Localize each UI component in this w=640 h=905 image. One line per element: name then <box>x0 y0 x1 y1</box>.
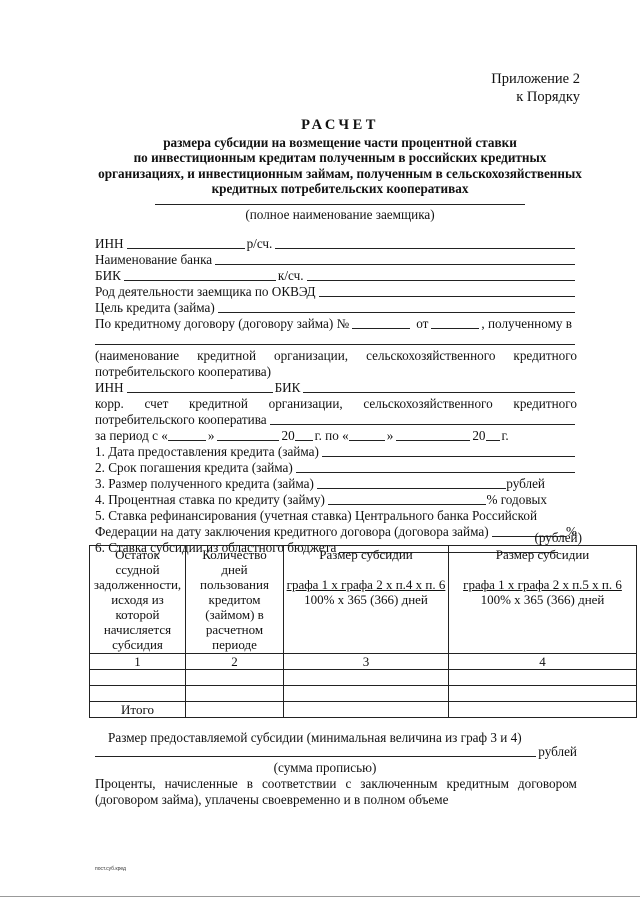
bik2-field[interactable] <box>303 391 575 393</box>
formula-denominator: 100% x 365 (366) дней <box>481 592 605 607</box>
item-3-label: 3. Размер полученного кредита (займа) <box>95 476 314 492</box>
item-2-label: 2. Срок погашения кредита (займа) <box>95 460 293 476</box>
contract-row: По кредитному договору (договору займа) … <box>95 316 577 332</box>
period-from-day[interactable] <box>168 439 206 441</box>
header-text: Остаток ссудной задолженности, исходя из… <box>94 547 181 652</box>
bank-name-row: Наименование банка <box>95 252 577 268</box>
title-line: организациях, и инвестиционным займам, п… <box>90 166 590 181</box>
purpose-field[interactable] <box>218 311 575 313</box>
item-5-label: 5. Ставка рефинансирования (учетная став… <box>95 508 537 524</box>
header-text: Размер субсидии <box>319 547 413 562</box>
period-row: за период с « » 20 г. по « » 20 г. <box>95 428 509 444</box>
header-col-4: Размер субсидии графа 1 x графа 2 x п.5 … <box>449 546 637 654</box>
header-text: Размер субсидии <box>496 547 590 562</box>
statement-word: соответствии <box>262 776 337 792</box>
bank-name-field[interactable] <box>215 263 575 265</box>
caption-word: (наименование <box>95 348 179 364</box>
formula-denominator: 100% x 365 (366) дней <box>304 592 428 607</box>
title-line: размера субсидии на возмещение части про… <box>90 135 590 150</box>
appendix-line-2: к Порядку <box>491 88 580 106</box>
item-4-label: 4. Процентная ставка по кредиту (займу) <box>95 492 325 508</box>
item-3-field[interactable] <box>317 487 506 489</box>
corr2-account-field[interactable] <box>270 423 575 425</box>
table-cell[interactable] <box>186 702 284 718</box>
header-col-3: Размер субсидии графа 1 x графа 2 x п.4 … <box>284 546 449 654</box>
scan-edge-line <box>0 896 640 897</box>
table-row <box>90 686 637 702</box>
table-cell[interactable] <box>284 686 449 702</box>
table-cell[interactable] <box>284 702 449 718</box>
bik-label: БИК <box>95 268 121 284</box>
statement-word: кредитным <box>446 776 508 792</box>
corr-row: потребительского кооператива <box>95 412 577 428</box>
statement-word: начисленные <box>165 776 238 792</box>
credit-org-caption-line2: потребительского кооператива) <box>95 364 271 380</box>
inn-field[interactable] <box>127 247 245 249</box>
item-2-field[interactable] <box>296 471 575 473</box>
period-to-day[interactable] <box>349 439 385 441</box>
quote-close: » <box>387 428 394 444</box>
total-label: Итого <box>90 702 186 718</box>
column-number: 2 <box>186 654 284 670</box>
table-header-row: Остаток ссудной задолженности, исходя из… <box>90 546 637 654</box>
contract-label: По кредитному договору (договору займа) … <box>95 316 349 332</box>
caption-word: сельскохозяйственного <box>366 348 495 364</box>
okved-field[interactable] <box>319 295 575 297</box>
inn2-label: ИНН <box>95 380 124 396</box>
inn-bik-row: ИНН БИК <box>95 380 577 396</box>
period-from-year[interactable] <box>295 439 313 441</box>
period-end-label: г. <box>502 428 509 444</box>
table-cell[interactable] <box>449 686 637 702</box>
caption-word: организации, <box>274 348 348 364</box>
statement-word: договором <box>518 776 577 792</box>
account-field[interactable] <box>275 247 575 249</box>
bik-field[interactable] <box>124 279 276 281</box>
purpose-row: Цель кредита (займа) <box>95 300 577 316</box>
header-col-1: Остаток ссудной задолженности, исходя из… <box>90 546 186 654</box>
caption-word: корр. <box>95 396 124 412</box>
statement-line-2: (договором займа), уплачены своевременно… <box>95 792 448 808</box>
statement-word: заключенным <box>360 776 437 792</box>
credit-org-field[interactable] <box>95 344 575 345</box>
formula-numerator: графа 1 x графа 2 x п.5 x п. 6 <box>451 577 634 592</box>
inn-label: ИНН <box>95 236 124 252</box>
title-line: по инвестиционным кредитам полученным в … <box>90 150 590 165</box>
document-title: РАСЧЕТ размера субсидии на возмещение ча… <box>90 118 590 196</box>
period-to-label: г. по « <box>315 428 349 444</box>
summary-caption: (сумма прописью) <box>95 760 555 776</box>
contract-date-field[interactable] <box>431 327 479 329</box>
column-number: 3 <box>284 654 449 670</box>
caption-word: кредитной <box>197 348 256 364</box>
bank-name-label: Наименование банка <box>95 252 212 268</box>
appendix-line-1: Приложение 2 <box>491 70 580 88</box>
statement-word: с <box>345 776 351 792</box>
item-1-label: 1. Дата предоставления кредита (займа) <box>95 444 319 460</box>
contract-number-field[interactable] <box>352 327 410 329</box>
table-cell[interactable] <box>449 702 637 718</box>
period-to-year[interactable] <box>486 439 500 441</box>
contract-suffix-label: , полученному в <box>481 316 572 332</box>
year-prefix: 20 <box>472 428 485 444</box>
item-4-field[interactable] <box>328 503 487 505</box>
title-heading: РАСЧЕТ <box>90 118 590 133</box>
table-cell[interactable] <box>90 670 186 686</box>
file-footnote: пост.суб.кред <box>95 862 126 878</box>
unit-note: (рублей) <box>535 530 583 546</box>
bik2-label: БИК <box>275 380 301 396</box>
table-cell[interactable] <box>284 670 449 686</box>
period-from-label: за период с « <box>95 428 168 444</box>
period-to-month[interactable] <box>396 439 470 441</box>
credit-org-caption: (наименование кредитной организации, сел… <box>95 348 577 364</box>
column-number: 1 <box>90 654 186 670</box>
caption-word: кредитной <box>189 396 248 412</box>
subsidy-table: Остаток ссудной задолженности, исходя из… <box>89 545 637 718</box>
corr-caption: корр. счет кредитной организации, сельск… <box>95 396 577 412</box>
header-text: Количество дней пользования кредитом (за… <box>200 547 269 652</box>
table-cell[interactable] <box>186 670 284 686</box>
bik-corr-row: БИК к/сч. <box>95 268 577 284</box>
header-col-2: Количество дней пользования кредитом (за… <box>186 546 284 654</box>
item-3-row: 3. Размер полученного кредита (займа) ру… <box>95 476 545 492</box>
purpose-label: Цель кредита (займа) <box>95 300 215 316</box>
caption-word: кредитного <box>513 396 577 412</box>
contract-from-label: от <box>416 316 428 332</box>
formula-numerator: графа 1 x графа 2 x п.4 x п. 6 <box>286 577 446 592</box>
summary-currency: рублей <box>538 744 577 760</box>
statement-line-1: Проценты, начисленные в соответствии с з… <box>95 776 577 792</box>
appendix-label: Приложение 2 к Порядку <box>491 70 580 106</box>
column-number: 4 <box>449 654 637 670</box>
account-label: р/сч. <box>247 236 273 252</box>
table-cell[interactable] <box>186 686 284 702</box>
table-cell[interactable] <box>90 686 186 702</box>
statement-word: в <box>247 776 253 792</box>
item-3-suffix: рублей <box>506 476 545 492</box>
corr-account-field[interactable] <box>307 279 576 281</box>
caption-word: счет <box>145 396 169 412</box>
caption-word: кредитного <box>513 348 577 364</box>
inn2-field[interactable] <box>127 391 273 393</box>
year-prefix: 20 <box>281 428 294 444</box>
table-total-row: Итого <box>90 702 637 718</box>
okved-row: Род деятельности заемщика по ОКВЭД <box>95 284 577 300</box>
item-1-field[interactable] <box>322 455 575 457</box>
inn-account-row: ИНН р/сч. <box>95 236 577 252</box>
corr-label: потребительского кооператива <box>95 412 267 428</box>
table-cell[interactable] <box>449 670 637 686</box>
caption-word: сельскохозяйственного <box>363 396 492 412</box>
okved-label: Род деятельности заемщика по ОКВЭД <box>95 284 316 300</box>
summary-amount-row: рублей <box>95 744 577 760</box>
borrower-name-field[interactable] <box>155 204 525 205</box>
item-4-row: 4. Процентная ставка по кредиту (займу) … <box>95 492 547 508</box>
summary-amount-field[interactable] <box>95 755 536 757</box>
item-5-label-cont: Федерации на дату заключения кредитного … <box>95 524 489 540</box>
title-line: кредитных потребительских кооперативах <box>90 181 590 196</box>
column-number-row: 1 2 3 4 <box>90 654 637 670</box>
quote-close: » <box>208 428 215 444</box>
item-5-row: Федерации на дату заключения кредитного … <box>95 524 577 540</box>
table-row <box>90 670 637 686</box>
statement-word: Проценты, <box>95 776 156 792</box>
item-1-row: 1. Дата предоставления кредита (займа) <box>95 444 577 460</box>
item-2-row: 2. Срок погашения кредита (займа) <box>95 460 577 476</box>
item-4-suffix: % годовых <box>486 492 547 508</box>
borrower-name-caption: (полное наименование заемщика) <box>90 207 590 223</box>
caption-word: организации, <box>269 396 343 412</box>
period-from-month[interactable] <box>217 439 279 441</box>
corr-account-label: к/сч. <box>278 268 304 284</box>
